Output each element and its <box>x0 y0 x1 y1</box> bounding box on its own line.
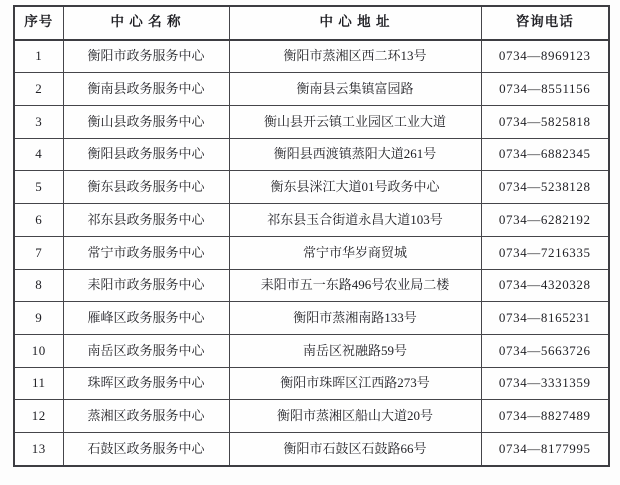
table-row: 2衡南县政务服务中心衡南县云集镇富园路0734—8551156 <box>14 73 609 106</box>
center-name-cell: 雁峰区政务服务中心 <box>63 302 229 335</box>
center-address-cell: 衡阳县西渡镇蒸阳大道261号 <box>229 138 481 171</box>
table-body: 1衡阳市政务服务中心衡阳市蒸湘区西二环13号0734—89691232衡南县政务… <box>14 40 609 466</box>
table-row: 10南岳区政务服务中心南岳区祝融路59号0734—5663726 <box>14 334 609 367</box>
center-address-cell: 衡山县开云镇工业园区工业大道 <box>229 106 481 139</box>
phone-cell: 0734—5663726 <box>481 334 609 367</box>
table-row: 12蒸湘区政务服务中心衡阳市蒸湘区船山大道20号0734—8827489 <box>14 400 609 433</box>
table-row: 11珠晖区政务服务中心衡阳市珠晖区江西路273号0734—3331359 <box>14 367 609 400</box>
center-address-cell: 衡东县洣江大道01号政务中心 <box>229 171 481 204</box>
center-address-cell: 衡阳市蒸湘南路133号 <box>229 302 481 335</box>
table-row: 4衡阳县政务服务中心衡阳县西渡镇蒸阳大道261号0734—6882345 <box>14 138 609 171</box>
row-index-cell: 3 <box>14 106 63 139</box>
center-address-cell: 衡南县云集镇富园路 <box>229 73 481 106</box>
center-address-cell: 衡阳市蒸湘区船山大道20号 <box>229 400 481 433</box>
phone-cell: 0734—6282192 <box>481 204 609 237</box>
table-row: 8耒阳市政务服务中心耒阳市五一东路496号农业局二楼0734—4320328 <box>14 269 609 302</box>
column-header-phone: 咨询电话 <box>481 6 609 40</box>
row-index-cell: 9 <box>14 302 63 335</box>
center-name-cell: 衡阳市政务服务中心 <box>63 40 229 73</box>
column-header-address: 中 心 地 址 <box>229 6 481 40</box>
row-index-cell: 10 <box>14 334 63 367</box>
column-header-name: 中 心 名 称 <box>63 6 229 40</box>
center-address-cell: 衡阳市石鼓区石鼓路66号 <box>229 432 481 465</box>
row-index-cell: 2 <box>14 73 63 106</box>
phone-cell: 0734—8969123 <box>481 40 609 73</box>
table-row: 1衡阳市政务服务中心衡阳市蒸湘区西二环13号0734—8969123 <box>14 40 609 73</box>
center-name-cell: 祁东县政务服务中心 <box>63 204 229 237</box>
row-index-cell: 1 <box>14 40 63 73</box>
center-address-cell: 祁东县玉合街道永昌大道103号 <box>229 204 481 237</box>
center-name-cell: 石鼓区政务服务中心 <box>63 432 229 465</box>
table-row: 13石鼓区政务服务中心衡阳市石鼓区石鼓路66号0734—8177995 <box>14 432 609 465</box>
document-page: 序号 中 心 名 称 中 心 地 址 咨询电话 1衡阳市政务服务中心衡阳市蒸湘区… <box>0 0 620 485</box>
row-index-cell: 12 <box>14 400 63 433</box>
row-index-cell: 5 <box>14 171 63 204</box>
center-address-cell: 耒阳市五一东路496号农业局二楼 <box>229 269 481 302</box>
table-row: 5衡东县政务服务中心衡东县洣江大道01号政务中心0734—5238128 <box>14 171 609 204</box>
phone-cell: 0734—4320328 <box>481 269 609 302</box>
table-row: 7常宁市政务服务中心常宁市华岁商贸城0734—7216335 <box>14 236 609 269</box>
center-name-cell: 衡山县政务服务中心 <box>63 106 229 139</box>
table-row: 6祁东县政务服务中心祁东县玉合街道永昌大道103号0734—6282192 <box>14 204 609 237</box>
row-index-cell: 4 <box>14 138 63 171</box>
center-address-cell: 常宁市华岁商贸城 <box>229 236 481 269</box>
center-name-cell: 衡东县政务服务中心 <box>63 171 229 204</box>
phone-cell: 0734—8165231 <box>481 302 609 335</box>
header-row: 序号 中 心 名 称 中 心 地 址 咨询电话 <box>14 6 609 40</box>
phone-cell: 0734—8551156 <box>481 73 609 106</box>
center-address-cell: 南岳区祝融路59号 <box>229 334 481 367</box>
center-address-cell: 衡阳市珠晖区江西路273号 <box>229 367 481 400</box>
row-index-cell: 8 <box>14 269 63 302</box>
center-name-cell: 珠晖区政务服务中心 <box>63 367 229 400</box>
phone-cell: 0734—7216335 <box>481 236 609 269</box>
phone-cell: 0734—6882345 <box>481 138 609 171</box>
phone-cell: 0734—8827489 <box>481 400 609 433</box>
center-name-cell: 南岳区政务服务中心 <box>63 334 229 367</box>
center-name-cell: 蒸湘区政务服务中心 <box>63 400 229 433</box>
service-centers-table: 序号 中 心 名 称 中 心 地 址 咨询电话 1衡阳市政务服务中心衡阳市蒸湘区… <box>13 5 610 467</box>
phone-cell: 0734—5825818 <box>481 106 609 139</box>
row-index-cell: 11 <box>14 367 63 400</box>
center-address-cell: 衡阳市蒸湘区西二环13号 <box>229 40 481 73</box>
center-name-cell: 衡南县政务服务中心 <box>63 73 229 106</box>
row-index-cell: 7 <box>14 236 63 269</box>
phone-cell: 0734—3331359 <box>481 367 609 400</box>
table-row: 3衡山县政务服务中心衡山县开云镇工业园区工业大道0734—5825818 <box>14 106 609 139</box>
center-name-cell: 耒阳市政务服务中心 <box>63 269 229 302</box>
row-index-cell: 6 <box>14 204 63 237</box>
table-row: 9雁峰区政务服务中心衡阳市蒸湘南路133号0734—8165231 <box>14 302 609 335</box>
center-name-cell: 常宁市政务服务中心 <box>63 236 229 269</box>
row-index-cell: 13 <box>14 432 63 465</box>
phone-cell: 0734—5238128 <box>481 171 609 204</box>
column-header-index: 序号 <box>14 6 63 40</box>
center-name-cell: 衡阳县政务服务中心 <box>63 138 229 171</box>
phone-cell: 0734—8177995 <box>481 432 609 465</box>
